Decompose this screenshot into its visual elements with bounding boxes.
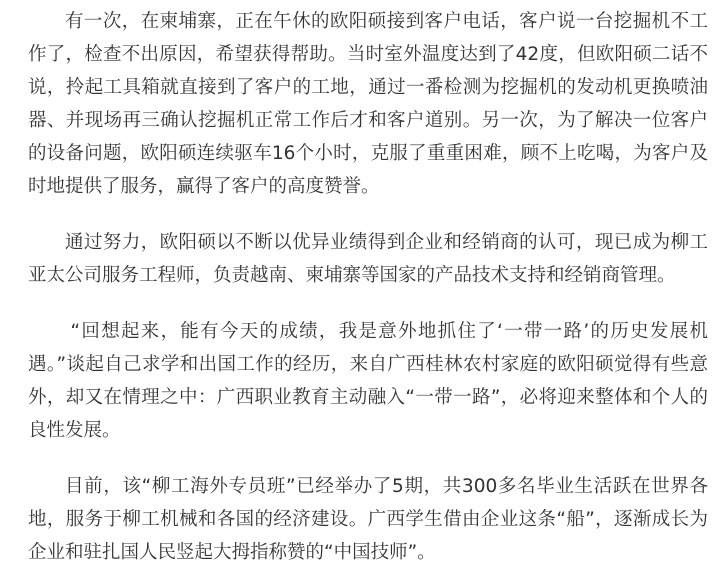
paragraph-overseas-class-summary: 目前，该“柳工海外专员班”已经举办了5期，共300多名毕业生活跃在世界各地，服务… — [28, 470, 708, 569]
paragraph-career-achievement: 通过努力，欧阳硕以不断以优异业绩得到企业和经销商的认可，现已成为柳工亚太公司服务… — [28, 226, 708, 292]
article-body: 有一次，在柬埔寨，正在午休的欧阳硕接到客户电话，客户说一台挖掘机不工作了，检查不… — [28, 5, 708, 569]
paragraph-belt-and-road-quote: “回想起来，能有今天的成绩，我是意外地抓住了‘一带一路’的历史发展机遇。”谈起自… — [28, 315, 708, 447]
paragraph-overseas-service-stories: 有一次，在柬埔寨，正在午休的欧阳硕接到客户电话，客户说一台挖掘机不工作了，检查不… — [28, 5, 708, 203]
